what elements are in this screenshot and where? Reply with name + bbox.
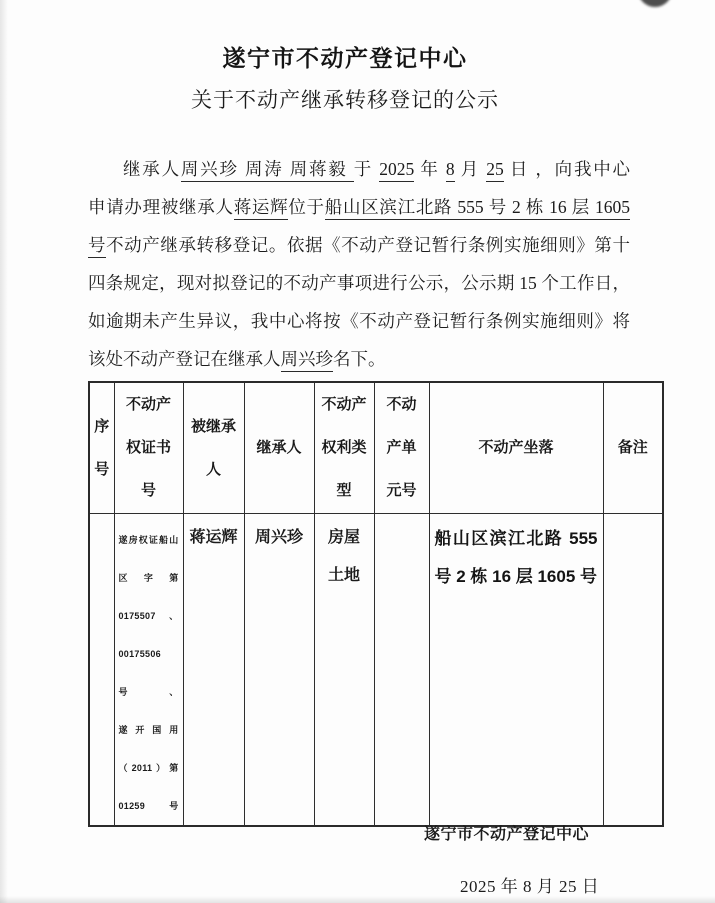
scan-edge-shadow-bottom [0,896,715,903]
underlined-year: 2025 [379,159,414,182]
underlined-address: 船山区滨江北路 555 号 2 栋 16 层 1605 [325,197,630,220]
notice-text: 该处不动产登记在继承人 [88,349,281,369]
underlined-address-tail: 号 [88,235,106,258]
notice-line-6: 该处不动产登记在继承人周兴珍名下。 [88,340,630,378]
cell-heir: 周兴珍 [244,513,314,826]
notice-text: 月 [455,159,487,179]
notice-document-page: 遂宁市不动产登记中心 关于不动产继承转移登记的公示 继承人周兴珍 周涛 周蒋毅 … [0,0,715,903]
notice-text: 继承人 [123,159,181,179]
document-header: 遂宁市不动产登记中心 关于不动产继承转移登记的公示 [0,40,690,114]
page-title: 遂宁市不动产登记中心 [0,40,690,73]
notice-text: 四条规定，现对拟登记的不动产事项进行公示，公示期 15 个工作日， [88,273,630,293]
notice-text: 如逾期未产生异议，我中心将按《不动产登记暂行条例实施细则》将 [88,311,630,331]
underlined-decedent-name: 蒋运辉 [234,197,289,220]
notice-text: 年 [414,159,446,179]
cell-cert-no: 遂房权证船山 区字第 0175507、 00175506号、 遂开国用 （201… [114,513,183,826]
cell-seq-no [89,513,114,826]
cell-decedent: 蒋运辉 [183,513,244,826]
notice-text: 申请办理被继承人 [88,197,234,217]
notice-text: 名下。 [333,349,386,369]
cell-location: 船山区滨江北路 555 号 2 栋 16 层 1605 号 [429,513,603,826]
header-right-type: 不动产 权利类 型 [314,382,374,513]
footer-organization: 遂宁市不动产登记中心 [424,821,589,844]
notice-line-1: 继承人周兴珍 周涛 周蒋毅 于 2025 年 8 月 25 日 ，向我中心 [88,150,630,188]
underlined-heir-name: 周兴珍 [281,349,334,372]
cell-right-type: 房屋 土地 [314,513,374,826]
page-subtitle: 关于不动产继承转移登记的公示 [0,84,690,114]
cell-remark [603,513,663,826]
underlined-heir-names: 周兴珍 周涛 周蒋毅 [181,159,354,182]
notice-line-2: 申请办理被继承人蒋运辉位于船山区滨江北路 555 号 2 栋 16 层 1605 [88,188,630,226]
registration-table: 序 号 不动产 权证书 号 被继承 人 继承人 不动产 权利类 型 不动 产单 … [88,381,664,827]
notice-text: 于 [354,159,379,179]
header-heir: 继承人 [244,382,314,513]
underlined-month: 8 [446,159,455,182]
notice-text: 日 ，向我中心 [504,159,630,179]
cell-unit-no [374,513,429,826]
table-header-row: 序 号 不动产 权证书 号 被继承 人 继承人 不动产 权利类 型 不动 产单 … [89,382,663,513]
header-cert-no: 不动产 权证书 号 [114,382,183,513]
underlined-day: 25 [486,159,504,182]
notice-text: 位于 [288,197,324,217]
notice-line-4: 四条规定，现对拟登记的不动产事项进行公示，公示期 15 个工作日， [88,264,630,302]
scan-hole-punch-dot [638,0,672,7]
header-remark: 备注 [603,382,663,513]
notice-paragraph: 继承人周兴珍 周涛 周蒋毅 于 2025 年 8 月 25 日 ，向我中心 申请… [88,150,630,378]
header-location: 不动产坐落 [429,382,603,513]
notice-line-3: 号不动产继承转移登记。依据《不动产登记暂行条例实施细则》第十 [88,226,630,264]
header-decedent: 被继承 人 [183,382,244,513]
notice-line-5: 如逾期未产生异议，我中心将按《不动产登记暂行条例实施细则》将 [88,302,630,340]
notice-text: 不动产继承转移登记。依据《不动产登记暂行条例实施细则》第十 [106,235,630,255]
header-unit-no: 不动 产单 元号 [374,382,429,513]
footer-date: 2025 年 8 月 25 日 [460,872,599,897]
header-seq-no: 序 号 [89,382,114,513]
table-row: 遂房权证船山 区字第 0175507、 00175506号、 遂开国用 （201… [89,513,663,826]
scan-edge-shadow-left [0,0,8,903]
